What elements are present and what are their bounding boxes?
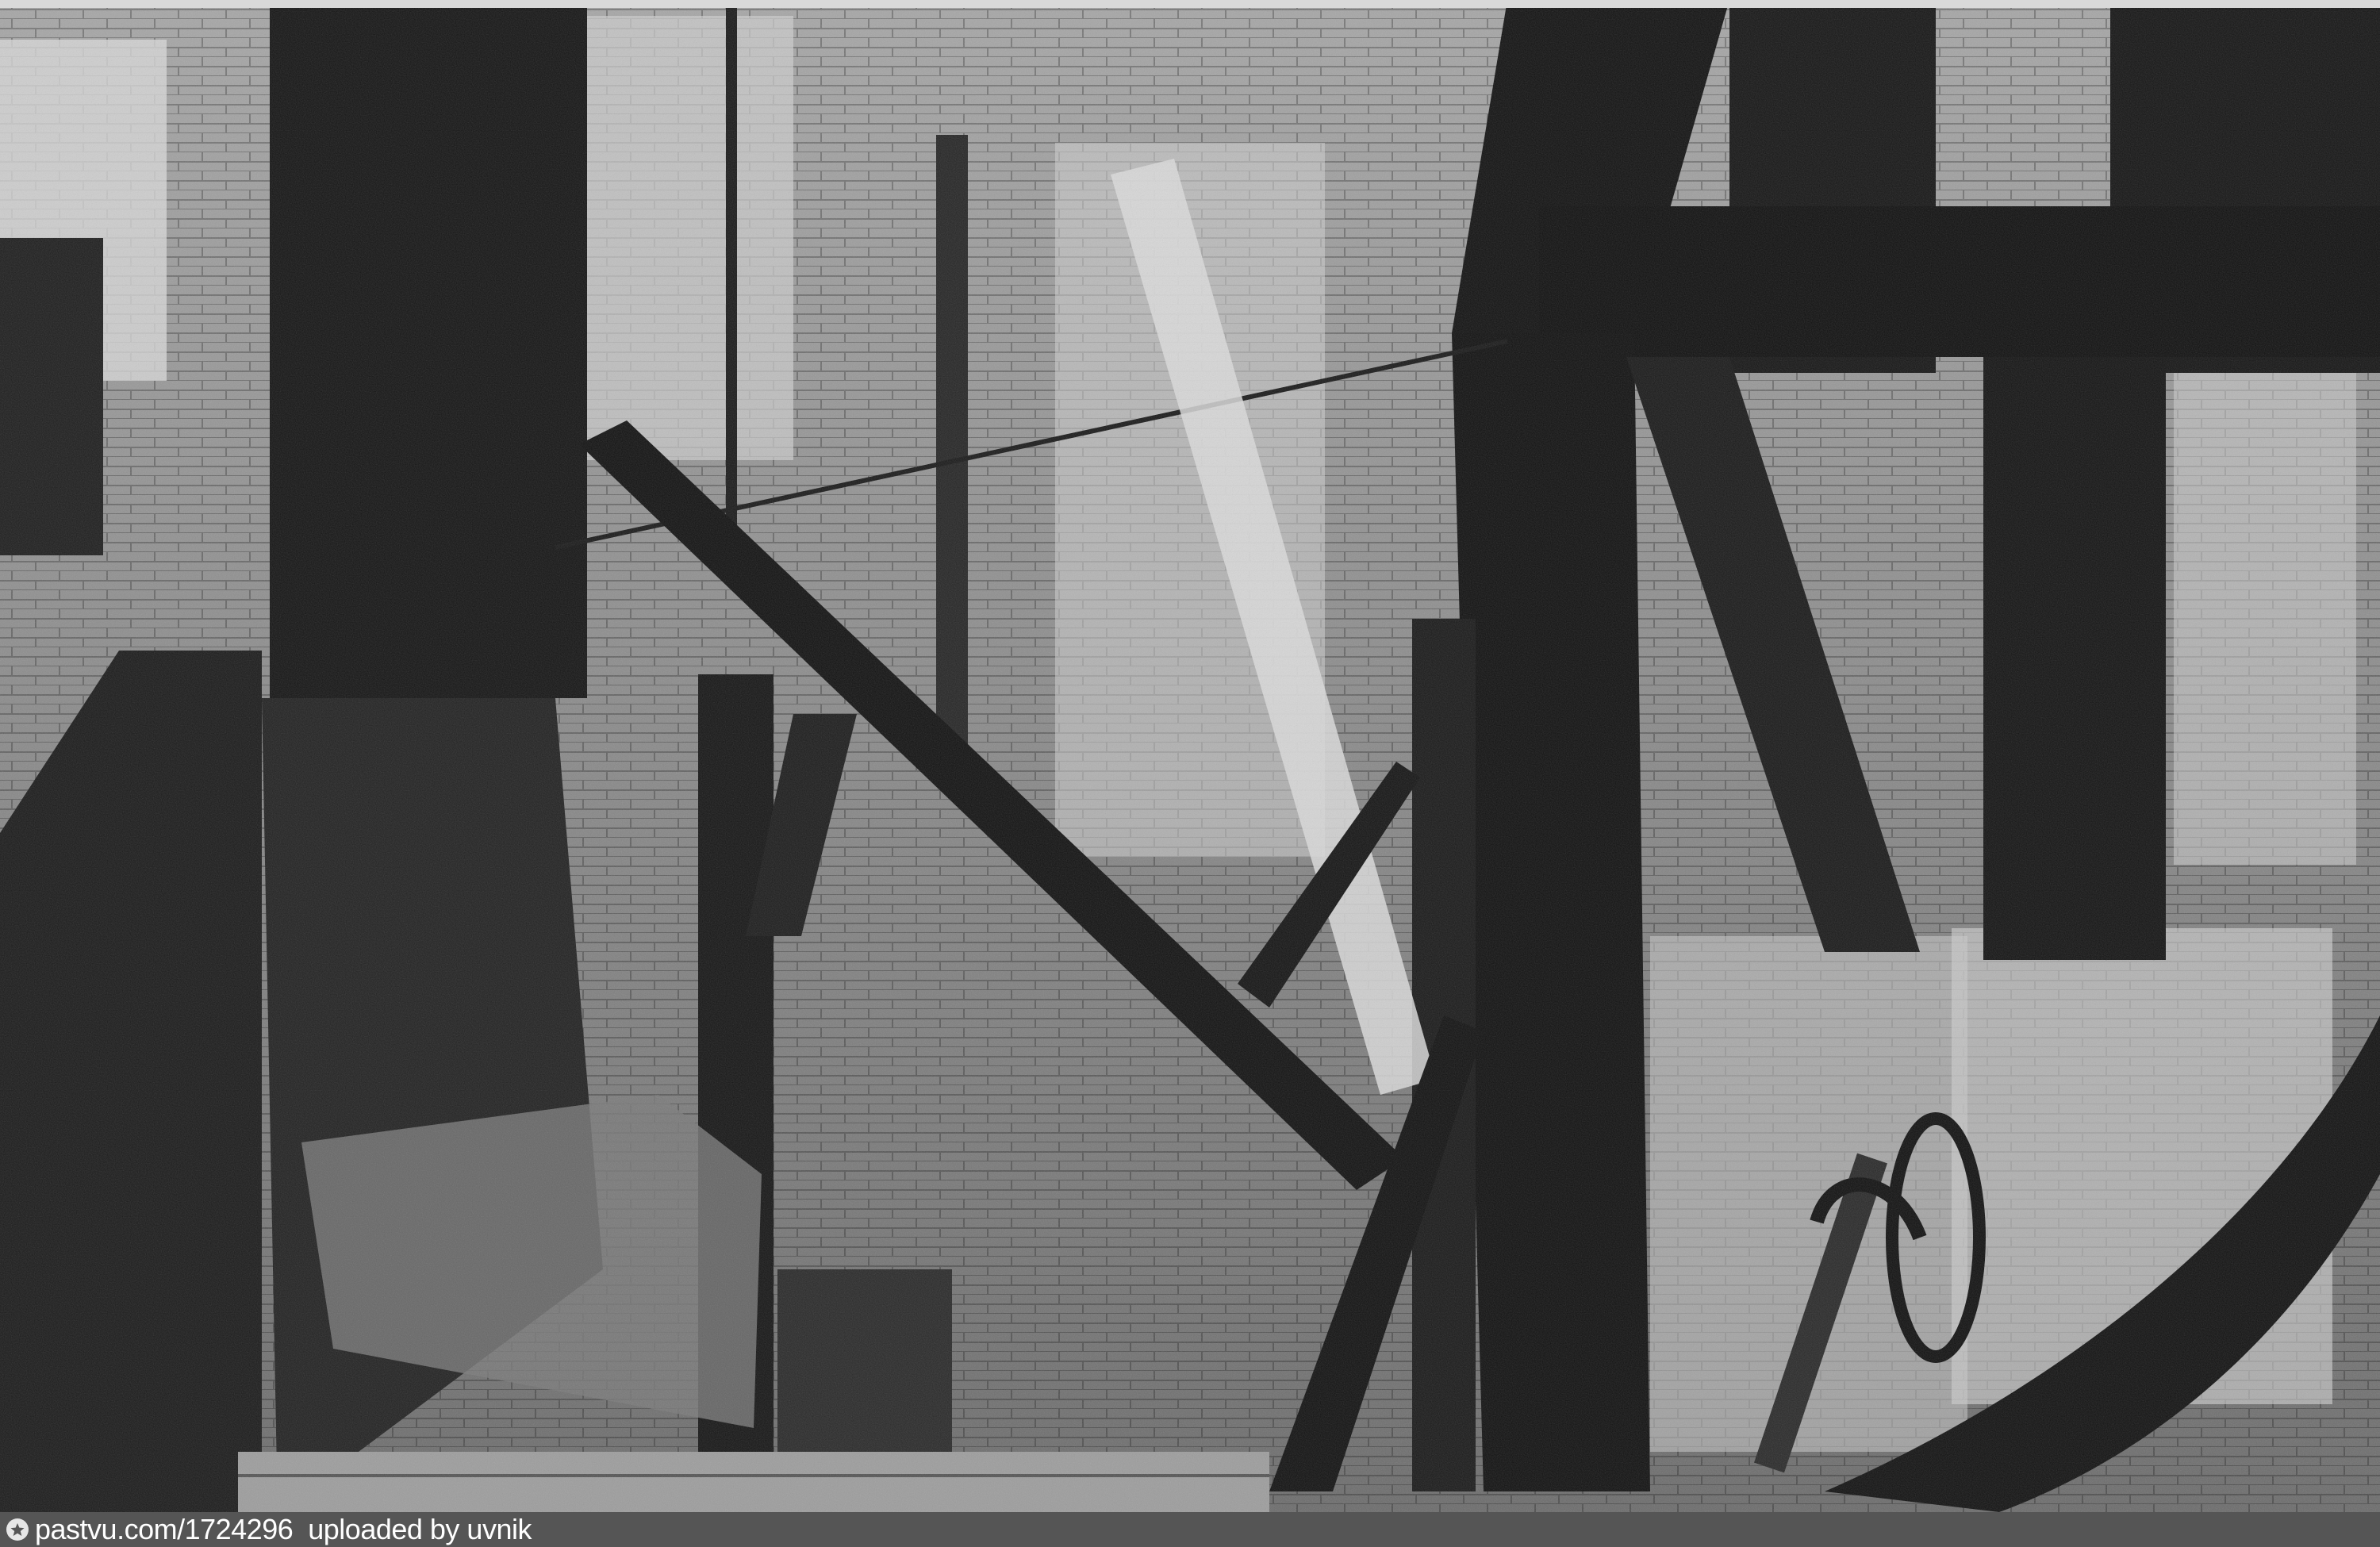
ruined-building-scene [0,0,2380,1512]
caption-text: pastvu.com/1724296 uploaded by uvnik [35,1512,532,1547]
photograph [0,0,2380,1512]
photo-top-border [0,0,2380,8]
uploader-text: uploaded by uvnik [308,1513,532,1545]
caption-bar: pastvu.com/1724296 uploaded by uvnik [0,1512,2380,1547]
caption-separator [293,1513,308,1545]
photo-link[interactable]: pastvu.com/1724296 [35,1513,293,1545]
star-in-circle-icon[interactable] [6,1518,29,1541]
